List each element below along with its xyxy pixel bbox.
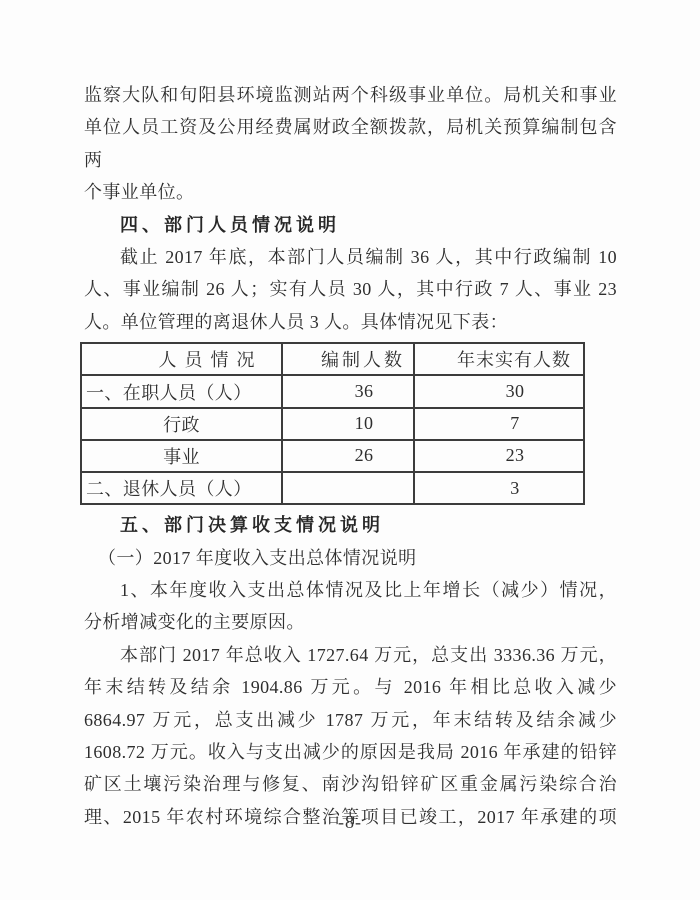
text-line: 年末结转及结余 1904.86 万元。与 2016 年相比总收入减少	[84, 671, 617, 703]
text-line: 本部门 2017 年总收入 1727.64 万元，总支出 3336.36 万元，	[84, 639, 617, 671]
personnel-table: 人员情况 编制人数 年末实有人数 一、在职人员（人） 36 30 行政 10 7…	[80, 342, 585, 505]
header-personnel-category: 人员情况	[81, 343, 282, 375]
page-number: -8-	[0, 812, 700, 833]
cell-actual: 23	[414, 440, 584, 472]
text-line: 人、事业编制 26 人；实有人员 30 人，其中行政 7 人、事业 23	[84, 273, 617, 305]
text-line: 人。单位管理的离退休人员 3 人。具体情况见下表：	[84, 306, 617, 338]
document-page: 监察大队和旬阳县环境监测站两个科级事业单位。局机关和事业 单位人员工资及公用经费…	[0, 0, 700, 900]
cell-label: 二、退休人员（人）	[81, 472, 282, 504]
table-row: 事业 26 23	[81, 440, 584, 472]
text-line: 分析增减变化的主要原因。	[84, 606, 617, 638]
section-five-heading: 五、部门决算收支情况说明	[84, 509, 617, 541]
item-one-paragraph: 1、本年度收入支出总体情况及比上年增长（减少）情况， 分析增减变化的主要原因。	[84, 574, 617, 639]
text-line: 单位人员工资及公用经费属财政全额拨款，局机关预算编制包含两	[84, 111, 617, 176]
cell-label: 一、在职人员（人）	[81, 375, 282, 407]
section-four-heading: 四、部门人员情况说明	[84, 209, 617, 241]
text-line: 矿区土壤污染治理与修复、南沙沟铅锌矿区重金属污染综合治	[84, 768, 617, 800]
text-line: 监察大队和旬阳县环境监测站两个科级事业单位。局机关和事业	[84, 79, 617, 111]
text-line: 截止 2017 年底，本部门人员编制 36 人，其中行政编制 10	[84, 241, 617, 273]
cell-authorized: 26	[282, 440, 414, 472]
subsection-one-heading: （一）2017 年度收入支出总体情况说明	[84, 542, 617, 574]
text-line: 1608.72 万元。收入与支出减少的原因是我局 2016 年承建的铅锌	[84, 736, 617, 768]
cell-authorized	[282, 472, 414, 504]
cell-actual: 7	[414, 408, 584, 440]
intro-paragraph: 监察大队和旬阳县环境监测站两个科级事业单位。局机关和事业 单位人员工资及公用经费…	[84, 79, 617, 209]
table-row: 二、退休人员（人） 3	[81, 472, 584, 504]
table-row: 一、在职人员（人） 36 30	[81, 375, 584, 407]
cell-authorized: 36	[282, 375, 414, 407]
table-header-row: 人员情况 编制人数 年末实有人数	[81, 343, 584, 375]
cell-authorized: 10	[282, 408, 414, 440]
header-yearend-actual-count: 年末实有人数	[414, 343, 584, 375]
table-row: 行政 10 7	[81, 408, 584, 440]
staff-paragraph: 截止 2017 年底，本部门人员编制 36 人，其中行政编制 10 人、事业编制…	[84, 241, 617, 338]
header-authorized-count: 编制人数	[282, 343, 414, 375]
text-line: 6864.97 万元，总支出减少 1787 万元，年末结转及结余减少	[84, 704, 617, 736]
cell-actual: 3	[414, 472, 584, 504]
cell-actual: 30	[414, 375, 584, 407]
cell-label: 事业	[81, 440, 282, 472]
content-area: 监察大队和旬阳县环境监测站两个科级事业单位。局机关和事业 单位人员工资及公用经费…	[84, 79, 617, 833]
text-line: 个事业单位。	[84, 176, 617, 208]
text-line: 1、本年度收入支出总体情况及比上年增长（减少）情况，	[84, 574, 617, 606]
totals-paragraph: 本部门 2017 年总收入 1727.64 万元，总支出 3336.36 万元，…	[84, 639, 617, 833]
cell-label: 行政	[81, 408, 282, 440]
